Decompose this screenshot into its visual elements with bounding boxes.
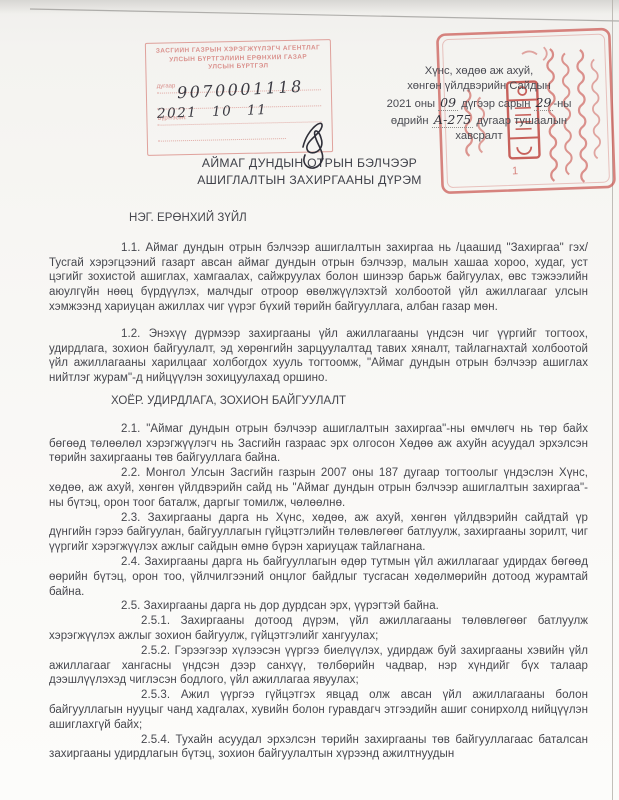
scanned-document-page: ЗАСГИЙН ГАЗРЫН ХЭРЭГЖҮҮЛЭГЧ АГЕНТЛАГ УЛС… — [0, 0, 619, 800]
paragraph-2-5-3: 2.5.3. Ажил үүргээ гүйцэтгэх явцад олж а… — [49, 688, 588, 732]
annotation-line: Хүнс, хөдөө аж ахуй, — [356, 64, 602, 79]
annotation-text: дүгээр сарын — [461, 98, 530, 110]
stamp-field-blank — [158, 123, 286, 142]
section-heading-one: НЭГ. ЕРӨНХИЙ ЗҮЙЛ — [129, 211, 588, 226]
annotation-line: өдрийн А-275 дугаар тушаалын — [356, 112, 602, 129]
annotation-line: хөнгөн үйлдвэрийн Сайдын — [356, 79, 602, 94]
paragraph-2-5: 2.5. Захиргааны дарга нь дор дурдсан эрх… — [49, 599, 588, 614]
handwritten-order-number: А-275 — [432, 112, 474, 128]
document-title-line2: АШИГЛАЛТЫН ЗАХИРГААНЫ ДҮРЭМ — [0, 172, 619, 189]
document-body: НЭГ. ЕРӨНХИЙ ЗҮЙЛ 1.1. Аймаг дундын отры… — [49, 211, 588, 762]
paragraph-2-1: 2.1. "Аймаг дундын отрын бэлчээр ашиглал… — [49, 422, 588, 466]
signature-icon — [291, 111, 341, 173]
annotation-text: 2021 оны — [387, 98, 435, 110]
order-annotation: Хүнс, хөдөө аж ахуй, хөнгөн үйлдвэрийн С… — [356, 64, 602, 144]
annotation-text: дугаар тушаалын — [476, 115, 567, 127]
annotation-line: хавсралт — [356, 129, 602, 144]
handwritten-day: 29 — [534, 95, 554, 111]
section-heading-two: ХОЁР. УДИРДЛАГА, ЗОХИОН БАЙГУУЛАЛТ — [111, 394, 588, 409]
paragraph-2-2: 2.2. Монгол Улсын Засгийн газрын 2007 он… — [49, 466, 588, 510]
paragraph-2-5-4: 2.5.4. Тухайн асуудал эрхэлсэн төрийн за… — [49, 733, 588, 763]
paragraph-2-3: 2.3. Захиргааны дарга нь Хүнс, хөдөө, аж… — [49, 511, 588, 555]
paragraph-1-1: 1.1. Аймаг дундын отрын бэлчээр ашиглалт… — [49, 241, 588, 315]
paragraph-2-5-1: 2.5.1. Захиргааны дотоод дүрэм, үйл ажил… — [49, 614, 588, 644]
annotation-text: өдрийн — [391, 115, 429, 127]
paragraph-1-2: 1.2. Энэхүү дүрмээр захиргааны үйл ажилл… — [49, 327, 588, 386]
annotation-line: 2021 оны 09 дүгээр сарын 29-ны — [356, 95, 602, 112]
paragraph-2-4: 2.4. Захиргааны дарга нь байгууллагын өд… — [49, 555, 588, 599]
paragraph-2-5-2: 2.5.2. Гэрээгээр хүлээсэн үүргээ биелүүл… — [49, 644, 588, 688]
annotation-text: -ны — [553, 98, 571, 110]
handwritten-month: 09 — [438, 95, 458, 111]
